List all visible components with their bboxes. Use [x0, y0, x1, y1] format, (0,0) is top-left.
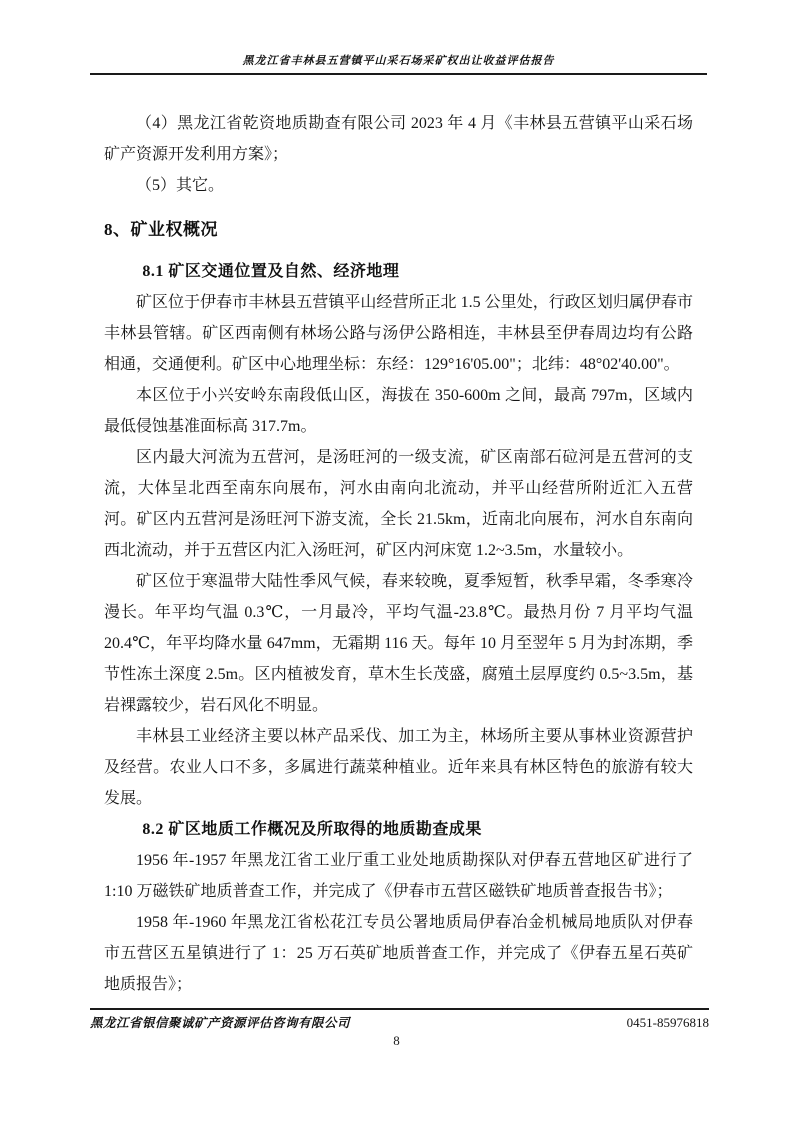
page-header: 黑龙江省丰林县五营镇平山采石场采矿权出让收益评估报告 — [90, 0, 707, 75]
page-footer: 黑龙江省银信聚诚矿产资源评估咨询有限公司 0451-85976818 — [90, 1008, 709, 1031]
document-page: 黑龙江省丰林县五营镇平山采石场采矿权出让收益评估报告 （4）黑龙江省乾资地质勘查… — [0, 0, 793, 1122]
header-title: 黑龙江省丰林县五营镇平山采石场采矿权出让收益评估报告 — [90, 52, 707, 68]
footer-company-name: 黑龙江省银信聚诚矿产资源评估咨询有限公司 — [90, 1013, 350, 1031]
section-heading-8-2: 8.2 矿区地质工作概况及所取得的地质勘查成果 — [104, 814, 693, 845]
footer-row: 黑龙江省银信聚诚矿产资源评估咨询有限公司 0451-85976818 — [90, 1013, 709, 1031]
footer-phone-number: 0451-85976818 — [627, 1015, 709, 1031]
paragraph-survey-1956: 1956 年-1957 年黑龙江省工业厅重工业处地质勘探队对伊春五营地区矿进行了… — [104, 845, 693, 907]
paragraph-location: 矿区位于伊春市丰林县五营镇平山经营所正北 1.5 公里处，行政区划归属伊春市丰林… — [104, 287, 693, 380]
paragraph-rivers: 区内最大河流为五营河，是汤旺河的一级支流，矿区南部石砬河是五营河的支流，大体呈北… — [104, 442, 693, 566]
document-body: （4）黑龙江省乾资地质勘查有限公司 2023 年 4 月《丰林县五营镇平山采石场… — [104, 75, 693, 1000]
page-number: 8 — [0, 1033, 793, 1049]
paragraph-reference-5: （5）其它。 — [104, 170, 693, 201]
section-heading-8: 8、矿业权概况 — [104, 214, 693, 245]
paragraph-reference-4: （4）黑龙江省乾资地质勘查有限公司 2023 年 4 月《丰林县五营镇平山采石场… — [104, 108, 693, 170]
paragraph-survey-1958: 1958 年-1960 年黑龙江省松花江专员公署地质局伊春冶金机械局地质队对伊春… — [104, 907, 693, 1000]
paragraph-terrain: 本区位于小兴安岭东南段低山区，海拔在 350-600m 之间，最高 797m，区… — [104, 380, 693, 442]
section-heading-8-1: 8.1 矿区交通位置及自然、经济地理 — [104, 256, 693, 287]
paragraph-climate: 矿区位于寒温带大陆性季风气候，春来较晚，夏季短暂，秋季早霜，冬季寒冷漫长。年平均… — [104, 566, 693, 721]
paragraph-economy: 丰林县工业经济主要以林产品采伐、加工为主，林场所主要从事林业资源营护及经营。农业… — [104, 721, 693, 814]
